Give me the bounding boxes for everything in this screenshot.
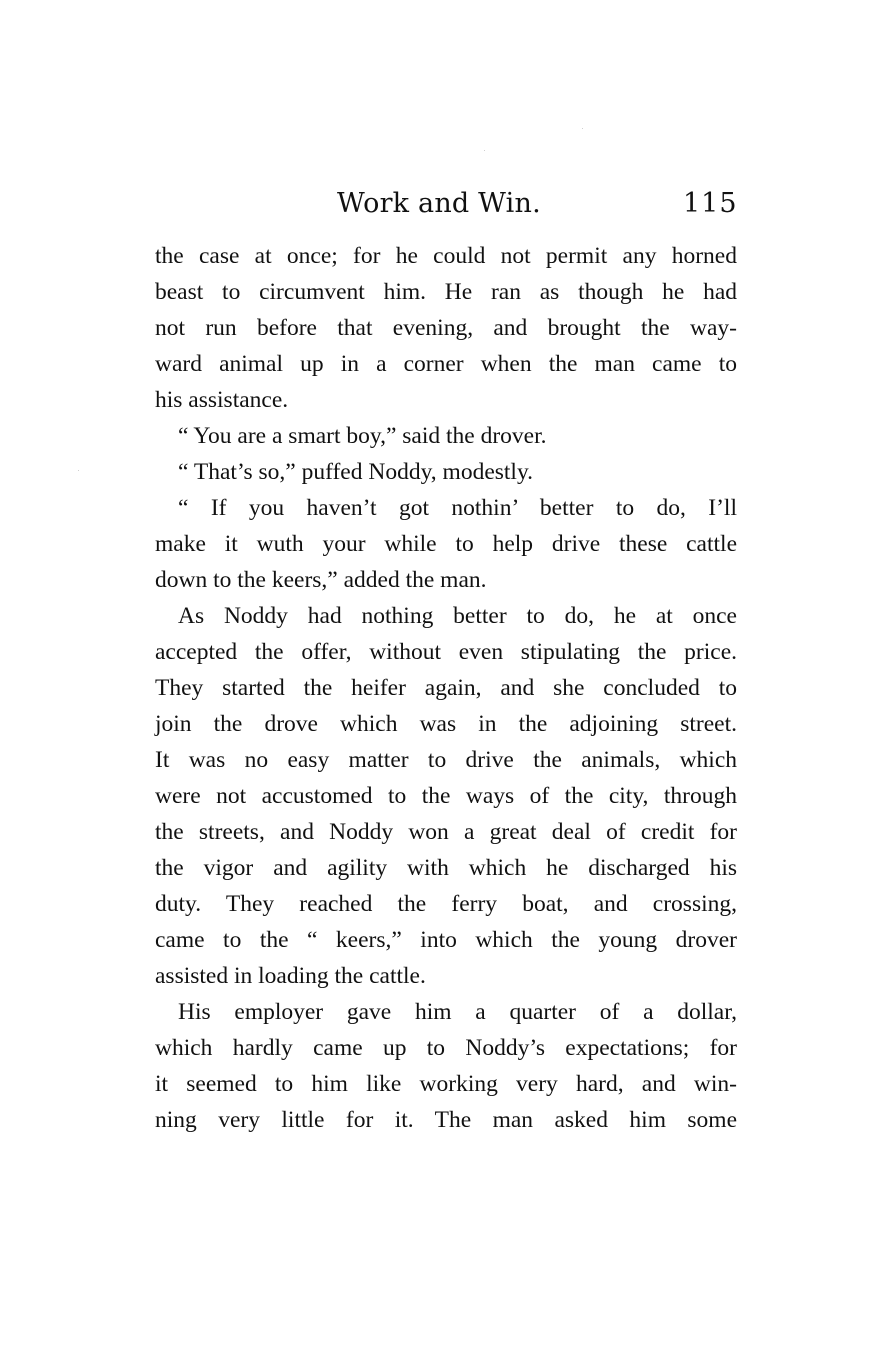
text-line: beast to circumvent him. He ran as thoug…: [155, 277, 737, 307]
text-line: not run before that evening, and brought…: [155, 313, 737, 343]
text-line: “ If you haven’t got nothin’ better to d…: [178, 493, 737, 523]
text-line: ning very little for it. The man asked h…: [155, 1105, 737, 1135]
text-line: They started the heifer again, and she c…: [155, 673, 737, 703]
text-line: the vigor and agility with which he disc…: [155, 853, 737, 883]
text-line: it seemed to him like working very hard,…: [155, 1069, 737, 1099]
book-page: Work and Win. 115 the case at once; for …: [0, 0, 883, 1360]
scan-speck: [78, 470, 79, 471]
text-line: were not accustomed to the ways of the c…: [155, 781, 737, 811]
text-line: As Noddy had nothing better to do, he at…: [178, 601, 737, 631]
scan-speck: [582, 128, 583, 129]
text-line: make it wuth your while to help drive th…: [155, 529, 737, 559]
text-line: accepted the offer, without even stipula…: [155, 637, 737, 667]
text-line: It was no easy matter to drive the anima…: [155, 745, 737, 775]
running-title: Work and Win.: [337, 188, 541, 219]
text-line: duty. They reached the ferry boat, and c…: [155, 889, 737, 919]
text-line: join the drove which was in the adjoinin…: [155, 709, 737, 739]
page-number: 115: [683, 188, 738, 219]
text-line: the streets, and Noddy won a great deal …: [155, 817, 737, 847]
text-line: down to the keers,” added the man.: [155, 565, 737, 595]
text-line: which hardly came up to Noddy’s expectat…: [155, 1033, 737, 1063]
text-line: his assistance.: [155, 385, 737, 415]
text-line: His employer gave him a quarter of a dol…: [178, 997, 737, 1027]
text-line: assisted in loading the cattle.: [155, 961, 737, 991]
text-line: “ You are a smart boy,” said the drover.: [178, 421, 737, 451]
text-line: the case at once; for he could not permi…: [155, 241, 737, 271]
text-line: “ That’s so,” puffed Noddy, modestly.: [178, 457, 737, 487]
text-line: ward animal up in a corner when the man …: [155, 349, 737, 379]
text-line: came to the “ keers,” into which the you…: [155, 925, 737, 955]
scan-speck: [484, 150, 485, 151]
